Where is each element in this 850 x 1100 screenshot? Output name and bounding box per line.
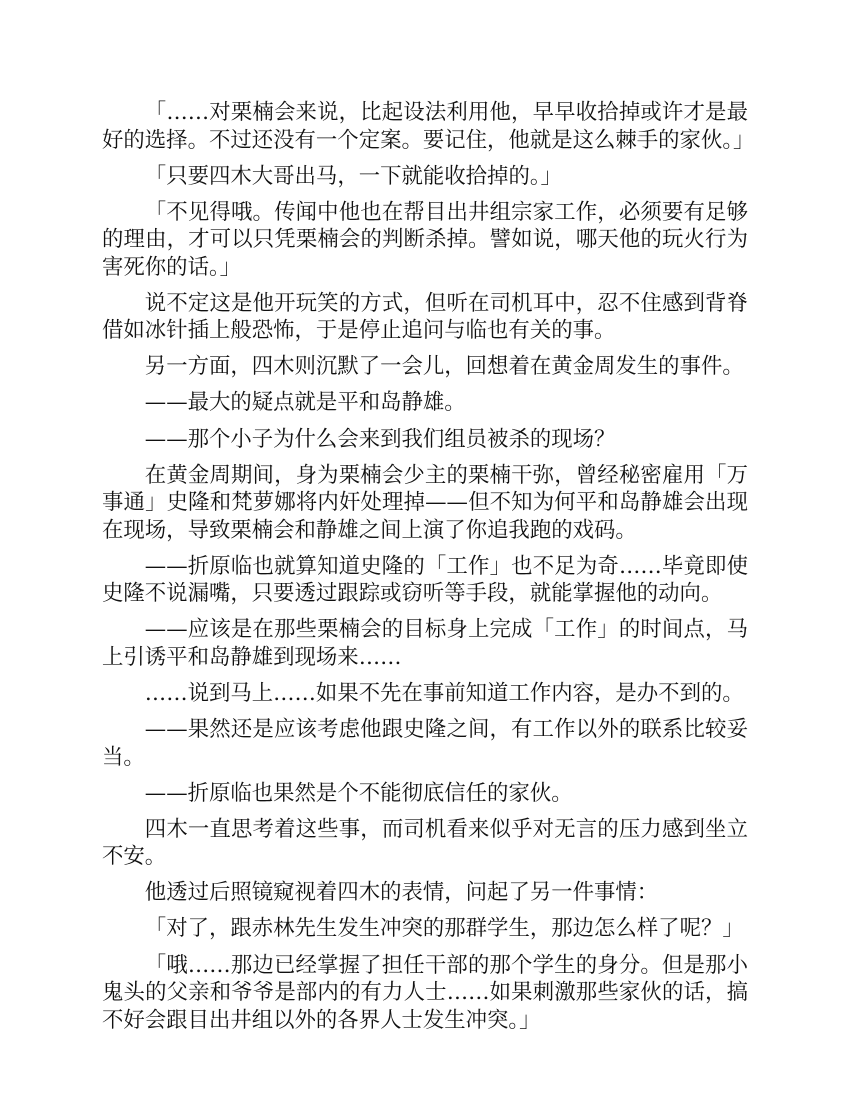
paragraph: 四木一直思考着这些事，而司机看来似乎对无言的压力感到坐立不安。 bbox=[102, 816, 748, 871]
paragraph: ……说到马上……如果不先在事前知道工作内容，是办不到的。 bbox=[102, 680, 748, 708]
paragraph: ——应该是在那些栗楠会的目标身上完成「工作」的时间点，马上引诱平和岛静雄到现场来… bbox=[102, 616, 748, 671]
paragraph: 「……对栗楠会来说，比起设法利用他，早早收拾掉或许才是最好的选择。不过还没有一个… bbox=[102, 99, 748, 154]
paragraph: 另一方面，四木则沉默了一会儿，回想着在黄金周发生的事件。 bbox=[102, 353, 748, 381]
paragraph: 在黄金周期间，身为栗楠会少主的栗楠干弥，曾经秘密雇用「万事通」史隆和梵萝娜将内奸… bbox=[102, 462, 748, 545]
paragraph: 他透过后照镜窥视着四木的表情，问起了另一件事情： bbox=[102, 879, 748, 907]
document-page: 「……对栗楠会来说，比起设法利用他，早早收拾掉或许才是最好的选择。不过还没有一个… bbox=[102, 99, 748, 1043]
paragraph: 说不定这是他开玩笑的方式，但听在司机耳中，忍不住感到背脊借如冰针插上般恐怖，于是… bbox=[102, 290, 748, 345]
paragraph: ——果然还是应该考虑他跟史隆之间，有工作以外的联系比较妥当。 bbox=[102, 716, 748, 771]
paragraph: 「对了，跟赤林先生发生冲突的那群学生，那边怎么样了呢？」 bbox=[102, 915, 748, 943]
paragraph: ——折原临也就算知道史隆的「工作」也不足为奇……毕竟即使史隆不说漏嘴，只要透过跟… bbox=[102, 553, 748, 608]
paragraph: 「不见得哦。传闻中他也在帮目出井组宗家工作，必须要有足够的理由，才可以只凭栗楠会… bbox=[102, 199, 748, 282]
paragraph: 「只要四木大哥出马，一下就能收拾掉的。」 bbox=[102, 163, 748, 191]
paragraph: ——那个小子为什么会来到我们组员被杀的现场？ bbox=[102, 426, 748, 454]
paragraph: ——最大的疑点就是平和岛静雄。 bbox=[102, 389, 748, 417]
paragraph: 「哦……那边已经掌握了担任干部的那个学生的身分。但是那小鬼头的父亲和爷爷是部内的… bbox=[102, 952, 748, 1035]
paragraph: ——折原临也果然是个不能彻底信任的家伙。 bbox=[102, 780, 748, 808]
